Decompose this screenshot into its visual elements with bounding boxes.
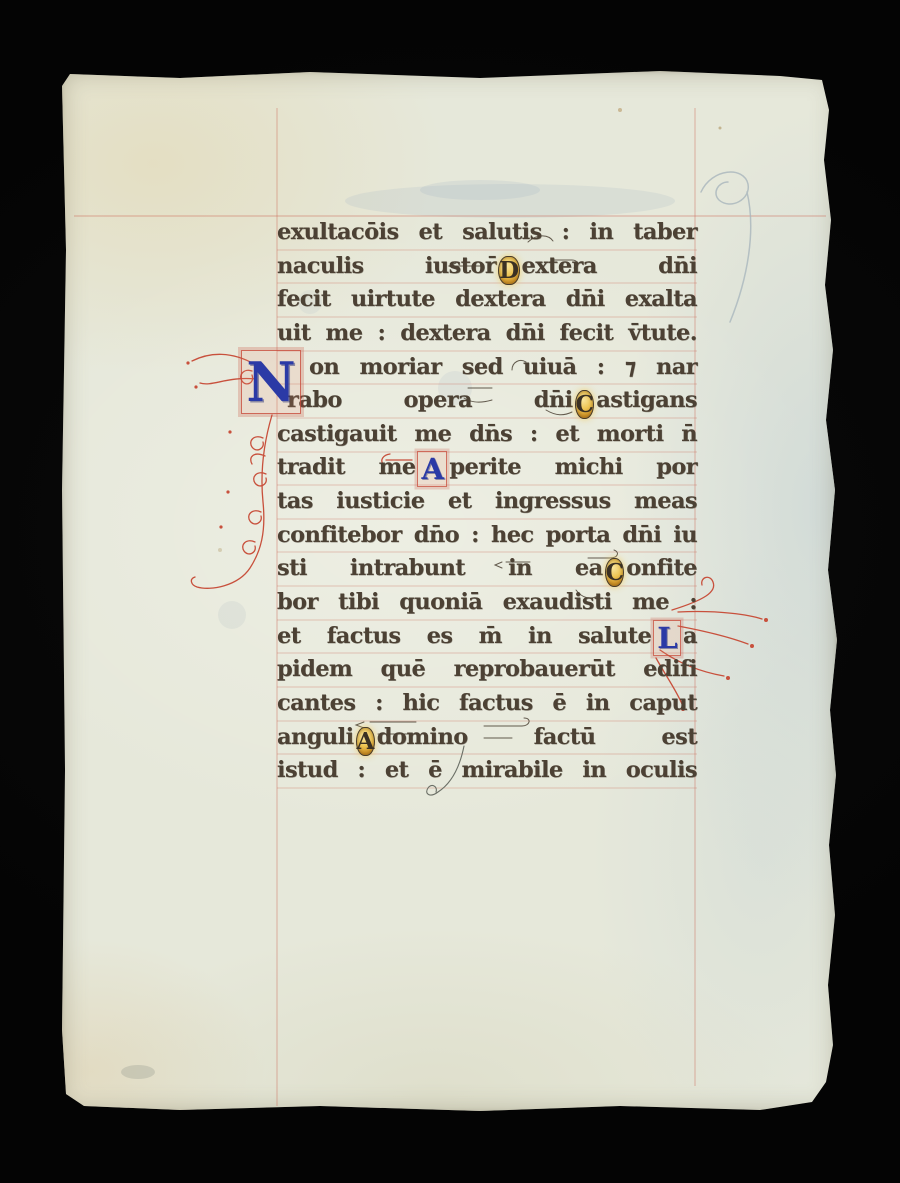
text-line-10: confitebor dn̄o : hec porta dn̄i iu [277,519,697,553]
line-text: pidem quē reprobauerūt edifi [277,656,697,682]
illuminated-initial-c: C [575,390,595,419]
illuminated-initial-a: A [356,727,375,756]
line-text: anguli [277,724,354,750]
illuminated-initial-d: D [498,256,519,285]
text-line-8: tradit meAperite michi por [277,451,697,485]
line-text: extera dn̄i [522,253,697,279]
text-line-15: cantes : hic factus ē in caput [277,687,697,721]
line-text: istud : et ē mirabile in oculis [277,757,697,783]
line-text: cantes : hic factus ē in caput [277,690,697,716]
text-line-1: exultacōis et salutis : in taber [277,216,697,250]
manuscript-leaf: N exultacōis et salutis : in taber nacul… [60,70,838,1113]
line-text: exultacōis et salutis : in taber [277,219,697,245]
line-text: castigauit me dn̄s : et morti n̄ [277,421,697,447]
line-text: tradit me [277,454,415,480]
line-text: rabo opera dn̄i [287,387,573,413]
text-line-3: fecit uirtute dextera dn̄i exalta [277,283,697,317]
line-text: onfite [626,555,697,581]
illuminated-initial-c: C [605,558,625,587]
line-text: fecit uirtute dextera dn̄i exalta [277,286,697,312]
line-text: bor tibi quoniā exaudisti me : [277,589,697,615]
line-text: et factus es m̄ in salute [277,623,651,649]
text-line-6: rabo opera dn̄iCastigans [277,384,697,418]
line-text: astigans [596,387,697,413]
text-line-16: anguliAdomino factū est [277,721,697,755]
illuminated-initial-n: N [241,350,301,414]
line-text: tas iusticie et ingressus meas [277,488,697,514]
illuminated-initial-a: A [417,451,447,487]
text-line-13: et factus es m̄ in saluteLa [277,620,697,654]
line-text: uit me : dextera dn̄i fecit v̄tute. [277,320,697,346]
line-text: domino factū est [377,724,697,750]
text-line-7: castigauit me dn̄s : et morti n̄ [277,418,697,452]
text-line-4: uit me : dextera dn̄i fecit v̄tute. [277,317,697,351]
text-line-11: sti intrabunt in eaConfite [277,552,697,586]
text-line-17: istud : et ē mirabile in oculis [277,754,697,788]
line-text: confitebor dn̄o : hec porta dn̄i iu [277,522,697,548]
line-text: on moriar sed uiuā : ⁊ nar [309,354,697,380]
text-line-5: on moriar sed uiuā : ⁊ nar [277,351,697,385]
text-line-14: pidem quē reprobauerūt edifi [277,653,697,687]
line-text: a [683,623,697,649]
text-line-12: bor tibi quoniā exaudisti me : [277,586,697,620]
line-text: perite michi por [449,454,697,480]
margin-pen-trial-mark [701,172,751,322]
text-block: N exultacōis et salutis : in taber nacul… [277,216,697,788]
line-text: naculis iustor̄ [277,253,496,279]
illuminated-initial-l: L [653,620,681,656]
text-line-9: tas iusticie et ingressus meas [277,485,697,519]
line-text: sti intrabunt in ea [277,555,603,581]
text-line-2: naculis iustor̄Dextera dn̄i [277,250,697,284]
